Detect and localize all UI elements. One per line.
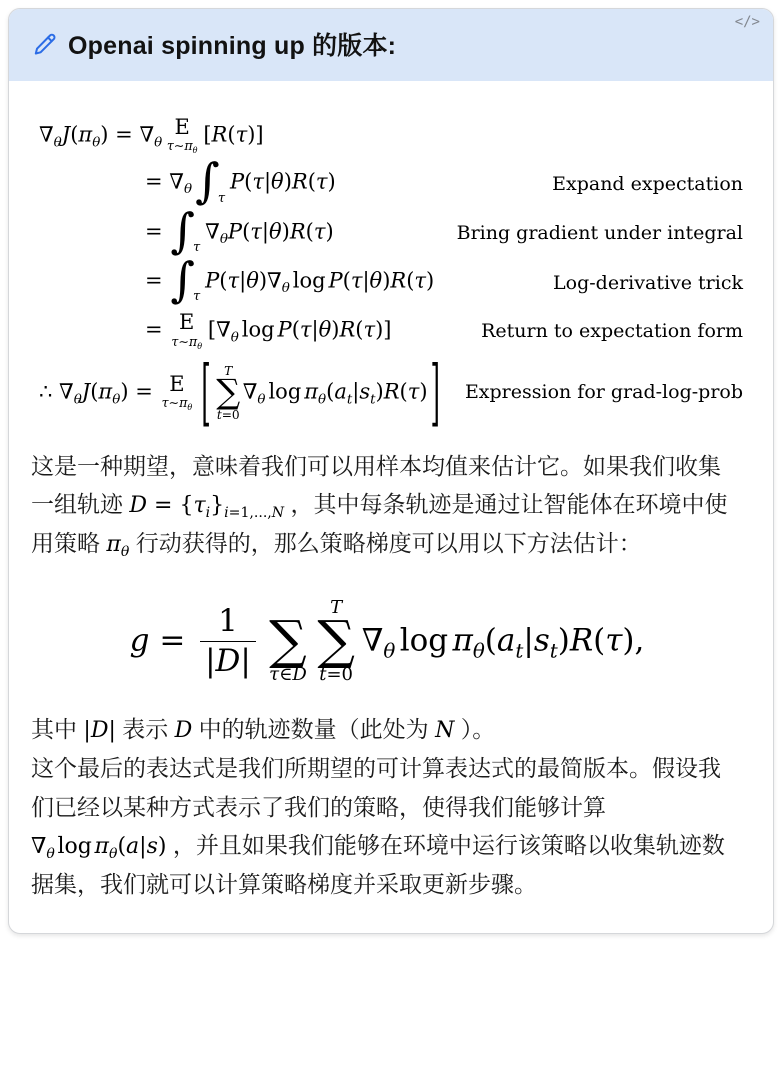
- equation-row: = Eτ∼πθ[∇θlogP(τ|θ)R(τ)]Return to expect…: [39, 312, 743, 350]
- card-header: Openai spinning up 的版本: </>: [9, 9, 773, 81]
- equation-row: = ∫τ∇θP(τ|θ)R(τ)Bring gradient under int…: [39, 214, 743, 254]
- inline-math: πθ: [106, 532, 129, 557]
- pencil-icon: [33, 32, 57, 56]
- card-title: Openai spinning up 的版本:: [68, 26, 396, 62]
- paragraph-sample-mean: 这是一种期望，意味着我们可以用样本均值来估计它。如果我们收集一组轨迹 D = {…: [31, 447, 743, 563]
- inline-math: N: [435, 718, 454, 743]
- inline-math: ∇θlogπθ(a|s): [31, 834, 166, 859]
- equation-note: Return to expectation form: [463, 322, 743, 341]
- code-toggle-icon[interactable]: </>: [735, 14, 760, 30]
- equation-row: = ∇θ∫τP(τ|θ)R(τ)Expand expectation: [39, 164, 743, 204]
- inline-math: |D|: [83, 718, 115, 743]
- policy-gradient-derivation: ∇θJ(πθ) = ∇θEτ∼πθ[R(τ)]= ∇θ∫τP(τ|θ)R(τ)E…: [39, 117, 743, 421]
- inline-math: D = {τi}i=1,...,N: [129, 493, 284, 518]
- note-card: Openai spinning up 的版本: </> ∇θJ(πθ) = ∇θ…: [8, 8, 774, 934]
- card-body: ∇θJ(πθ) = ∇θEτ∼πθ[R(τ)]= ∇θ∫τP(τ|θ)R(τ)E…: [9, 81, 773, 933]
- equation-note: Log-derivative trick: [535, 274, 743, 293]
- equation-row: ∴ ∇θJ(πθ) = Eτ∼πθ[T∑t=0∇θlogπθ(at|st)R(τ…: [39, 365, 743, 421]
- equation-row: ∇θJ(πθ) = ∇θEτ∼πθ[R(τ)]: [39, 117, 743, 155]
- equation-row: = ∫τP(τ|θ)∇θlogP(τ|θ)R(τ)Log-derivative …: [39, 263, 743, 303]
- inline-math: D: [175, 718, 193, 743]
- gradient-estimate-equation: g = 1|D|∑τ∈DT∑t=0∇θlogπθ(at|st)R(τ),: [31, 599, 743, 685]
- equation-note: Expression for grad-log-prob: [447, 383, 743, 402]
- equation-note: Bring gradient under integral: [439, 224, 743, 243]
- paragraph-explanation: 其中 |D| 表示 D 中的轨迹数量（此处为 N ）。这个最后的表达式是我们所期…: [31, 710, 743, 903]
- equation-note: Expand expectation: [534, 175, 743, 194]
